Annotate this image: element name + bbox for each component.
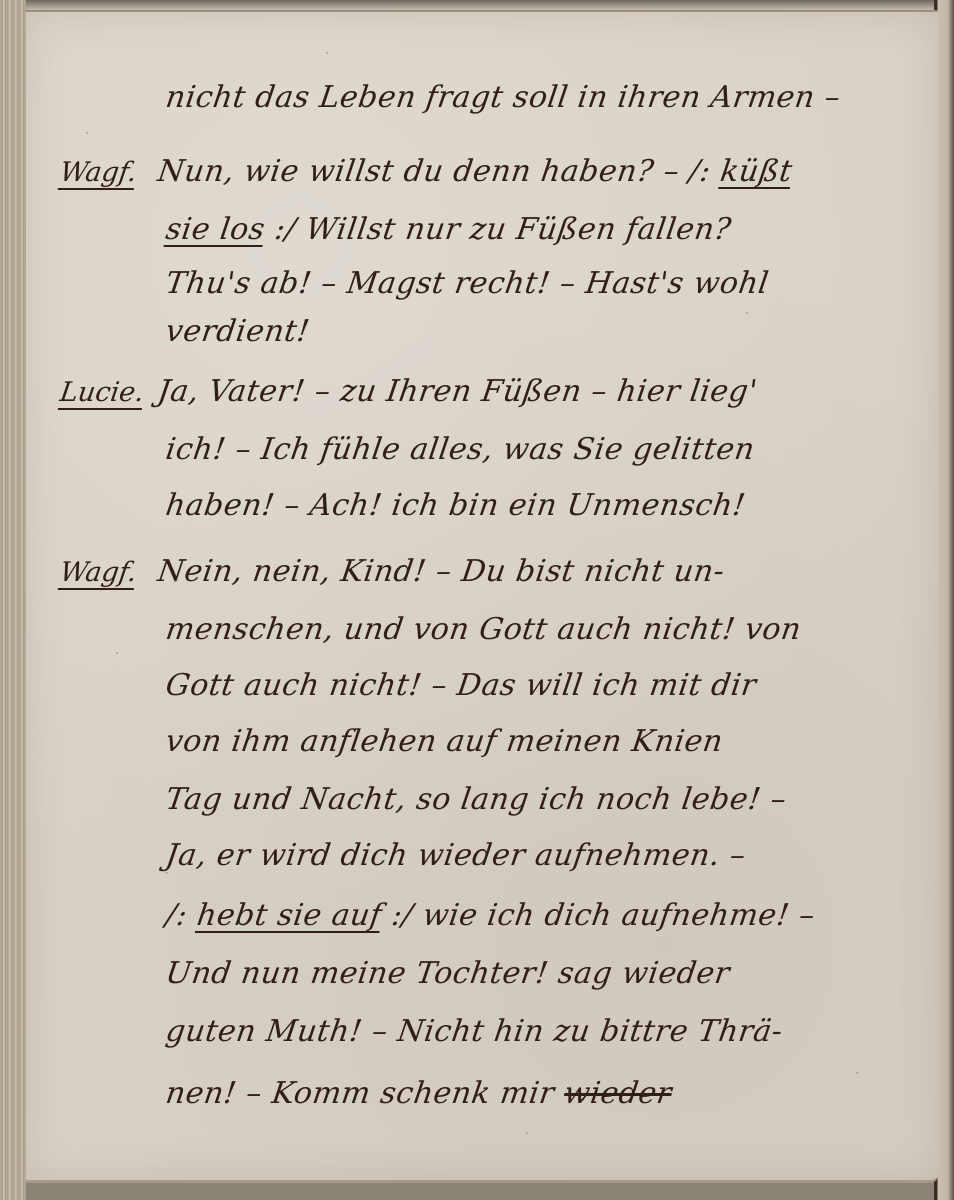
manuscript-line: Nein, nein, Kind! – Du bist nicht un-: [156, 554, 727, 589]
manuscript-line: guten Muth! – Nicht hin zu bittre Thrä-: [164, 1014, 785, 1049]
line-text: nen! – Komm schenk mir: [164, 1076, 557, 1111]
manuscript-line: nicht das Leben fragt soll in ihren Arme…: [164, 80, 843, 115]
manuscript-line: /: hebt sie auf :/ wie ich dich aufnehme…: [164, 898, 818, 933]
speaker-label: Wagf.: [58, 158, 139, 190]
manuscript-line: Ja, Vater! – zu Ihren Füßen – hier lieg': [156, 374, 760, 409]
manuscript-line: verdient!: [164, 314, 312, 349]
line-text: /:: [164, 898, 190, 933]
speaker-label: Lucie.: [58, 378, 146, 410]
line-text: Nun, wie willst du denn haben? – /:: [156, 154, 713, 189]
struck-word: wieder: [562, 1076, 674, 1111]
paper-speck: [856, 1072, 858, 1074]
manuscript-line: Ja, er wird dich wieder aufnehmen. –: [164, 838, 749, 873]
manuscript-line: Gott auch nicht! – Das will ich mit dir: [164, 668, 759, 703]
speaker-label: Wagf.: [58, 558, 139, 590]
paper-speck: [86, 132, 88, 134]
manuscript-line: Thu's ab! – Magst recht! – Hast's wohl: [164, 266, 772, 301]
paper-speck: [326, 52, 328, 54]
manuscript-line: Tag und Nacht, so lang ich noch lebe! –: [164, 782, 789, 817]
manuscript-line: menschen, und von Gott auch nicht! von: [164, 612, 804, 647]
paper-speck: [526, 1132, 528, 1134]
manuscript-line: sie los :/ Willst nur zu Füßen fallen?: [164, 212, 734, 247]
manuscript-line: ich! – Ich fühle alles, was Sie gelitten: [164, 432, 757, 467]
manuscript-line: nen! – Komm schenk mir wieder: [164, 1076, 675, 1111]
manuscript-line: haben! – Ach! ich bin ein Unmensch!: [164, 488, 748, 523]
stage-direction: küßt: [718, 154, 795, 189]
manuscript-page: nicht das Leben fragt soll in ihren Arme…: [24, 10, 938, 1183]
manuscript-line: Nun, wie willst du denn haben? – /: küßt: [156, 154, 795, 189]
line-text: :/ Willst nur zu Füßen fallen?: [272, 212, 733, 247]
stage-direction: hebt sie auf: [195, 898, 384, 933]
book-binding-edge: [0, 0, 26, 1200]
paper-speck: [116, 652, 118, 654]
line-text: :/ wie ich dich aufnehme! –: [389, 898, 817, 933]
manuscript-line: Und nun meine Tochter! sag wieder: [164, 956, 733, 991]
paper-speck: [746, 312, 748, 314]
stage-direction: sie los: [164, 212, 268, 247]
manuscript-line: von ihm anflehen auf meinen Knien: [164, 724, 726, 759]
